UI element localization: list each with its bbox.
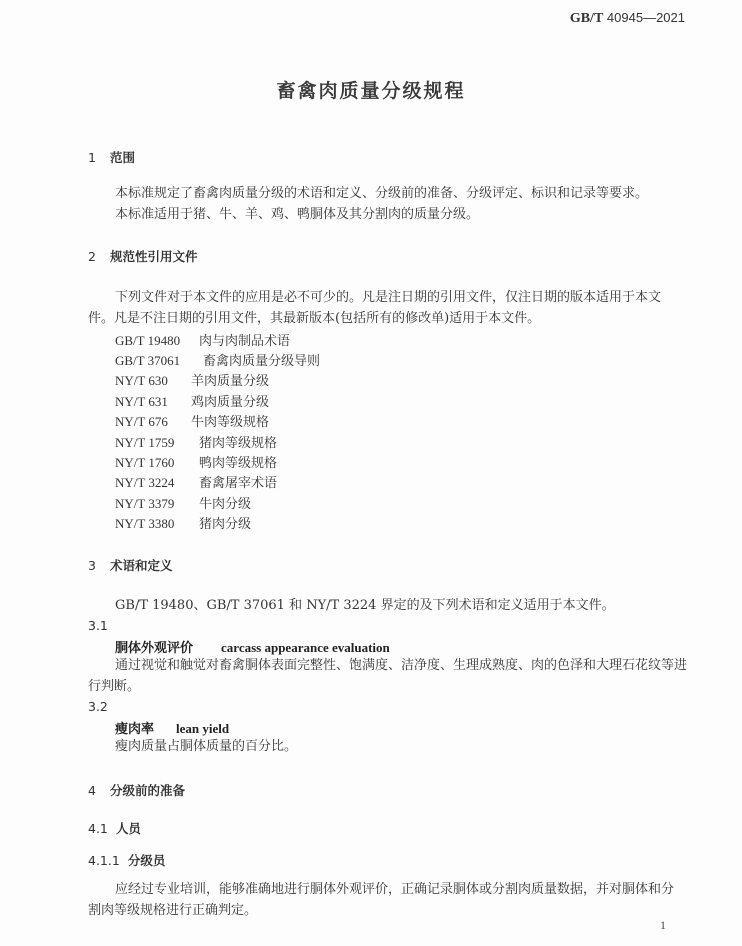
reference-title: 猪肉分级: [199, 517, 251, 532]
section-number: 4: [88, 783, 110, 798]
section-4-heading: 4分级前的准备: [88, 781, 185, 799]
term-3-1-title: 胴体外观评价carcass appearance evaluation: [115, 637, 390, 656]
section-number: 3: [88, 558, 110, 573]
term-chinese: 胴体外观评价: [115, 641, 193, 656]
reference-item: NY/T 3224畜禽屠宰术语: [115, 472, 277, 491]
document-page: GB/T 40945—2021 畜禽肉质量分级规程 1范围 本标准规定了畜禽肉质…: [0, 0, 742, 946]
section-title: 范围: [110, 150, 135, 165]
term-3-2-title: 瘦肉率lean yield: [115, 718, 229, 737]
term-3-2-number: 3.2: [88, 699, 108, 714]
reference-code: GB/T 19480: [115, 333, 199, 349]
standard-number: 40945—2021: [607, 10, 685, 25]
document-title: 畜禽肉质量分级规程: [0, 76, 742, 103]
term-english: carcass appearance evaluation: [221, 640, 390, 655]
section-number: 1: [88, 150, 110, 165]
reference-code: NY/T 1759: [115, 435, 199, 451]
reference-title: 鸭肉等级规格: [199, 456, 277, 471]
term-3-1-definition-line-1: 通过视觉和触觉对畜禽胴体表面完整性、饱满度、洁净度、生理成熟度、肉的色泽和大理石…: [115, 656, 687, 676]
reference-code: NY/T 630: [115, 373, 191, 389]
reference-title: 鸡肉质量分级: [191, 395, 269, 410]
reference-code: NY/T 3379: [115, 496, 199, 512]
reference-title: 羊肉质量分级: [191, 374, 269, 389]
page-number: 1: [660, 918, 666, 933]
term-chinese: 瘦肉率: [115, 722, 154, 737]
term-3-1-number: 3.1: [88, 618, 108, 633]
section-2-intro-line-2: 件。凡是不注日期的引用文件，其最新版本(包括所有的修改单)适用于本文件。: [88, 309, 540, 329]
reference-title: 牛肉分级: [199, 497, 251, 512]
reference-code: NY/T 1760: [115, 455, 199, 471]
section-title: 术语和定义: [110, 558, 173, 573]
term-3-2-definition: 瘦肉质量占胴体质量的百分比。: [115, 737, 297, 757]
reference-title: 畜禽肉质量分级导则: [203, 354, 320, 369]
section-4-1-1-para-line-1: 应经过专业培训，能够准确地进行胴体外观评价，正确记录胴体或分割肉质量数据，并对胴…: [115, 880, 674, 900]
reference-item: NY/T 676牛肉等级规格: [115, 411, 269, 430]
section-number: 2: [88, 249, 110, 264]
section-1-para-2: 本标准适用于猪、牛、羊、鸡、鸭胴体及其分割肉的质量分级。: [115, 205, 479, 225]
reference-title: 肉与肉制品术语: [199, 334, 290, 349]
section-1-heading: 1范围: [88, 148, 135, 166]
reference-title: 猪肉等级规格: [199, 436, 277, 451]
reference-title: 牛肉等级规格: [191, 415, 269, 430]
reference-code: GB/T 37061: [115, 353, 203, 369]
section-2-intro-line-1: 下列文件对于本文件的应用是必不可少的。凡是注日期的引用文件，仅注日期的版本适用于…: [115, 288, 661, 308]
section-1-para-1: 本标准规定了畜禽肉质量分级的术语和定义、分级前的准备、分级评定、标识和记录等要求…: [115, 184, 648, 204]
section-4-1-1-heading: 4.1.1分级员: [88, 851, 165, 869]
section-4-1-1-para-line-2: 割肉等级规格进行正确判定。: [88, 901, 257, 921]
reference-code: NY/T 676: [115, 414, 191, 430]
reference-title: 畜禽屠宰术语: [199, 476, 277, 491]
section-3-intro: GB/T 19480、GB/T 37061 和 NY/T 3224 界定的及下列…: [115, 596, 615, 616]
reference-code: NY/T 631: [115, 394, 191, 410]
reference-item: NY/T 3379牛肉分级: [115, 493, 251, 512]
reference-code: NY/T 3380: [115, 516, 199, 532]
section-number: 4.1: [88, 821, 108, 836]
reference-item: NY/T 1759猪肉等级规格: [115, 432, 277, 451]
section-title: 规范性引用文件: [110, 249, 198, 264]
reference-item: GB/T 37061畜禽肉质量分级导则: [115, 350, 320, 369]
section-title: 分级员: [128, 853, 166, 868]
section-title: 分级前的准备: [110, 783, 185, 798]
reference-item: NY/T 630羊肉质量分级: [115, 370, 269, 389]
section-3-heading: 3术语和定义: [88, 556, 173, 574]
section-4-1-heading: 4.1人员: [88, 819, 141, 837]
section-title: 人员: [116, 821, 141, 836]
term-english: lean yield: [176, 721, 229, 736]
reference-item: GB/T 19480肉与肉制品术语: [115, 330, 290, 349]
section-number: 4.1.1: [88, 853, 120, 868]
standard-prefix: GB/T: [570, 11, 603, 26]
reference-item: NY/T 3380猪肉分级: [115, 513, 251, 532]
standard-code: GB/T 40945—2021: [570, 10, 685, 27]
reference-item: NY/T 631鸡肉质量分级: [115, 391, 269, 410]
reference-code: NY/T 3224: [115, 475, 199, 491]
term-3-1-definition-line-2: 行判断。: [88, 677, 140, 697]
reference-item: NY/T 1760鸭肉等级规格: [115, 452, 277, 471]
section-2-heading: 2规范性引用文件: [88, 247, 198, 265]
